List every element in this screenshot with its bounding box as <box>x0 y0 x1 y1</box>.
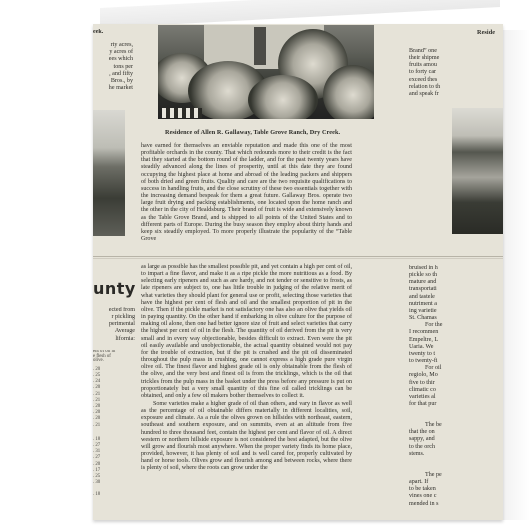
text-line: Average <box>93 328 135 335</box>
divider <box>93 256 503 257</box>
right-column-top: Brand” onetheir shipmefruits amouto fort… <box>409 48 503 98</box>
left-column-bottom-intro: ected fromr picklingperimentalAveragelif… <box>93 307 135 343</box>
text-line: ected from <box>93 307 135 314</box>
text-line: pickle so th <box>409 272 503 279</box>
text-line: apart. If <box>409 479 503 486</box>
right-caption-fragment: Reside <box>477 29 503 36</box>
text-line: St. Chamas <box>409 315 503 322</box>
shrub <box>248 75 318 119</box>
text-line: exceed thes <box>409 77 503 84</box>
text-line: ing varietie <box>409 308 503 315</box>
main-text-top: have earned for themselves an enviable r… <box>141 143 352 243</box>
section-heading: unty <box>93 279 136 298</box>
greeting-card: eek. rty acres,y acres ofees whichtons p… <box>93 24 503 520</box>
text-line: Empeltre, L <box>409 337 503 344</box>
text-line: nutriment a <box>409 301 503 308</box>
text-line: bruised in h <box>409 265 503 272</box>
picket-fence <box>162 108 202 118</box>
text-line: tons per <box>93 64 133 71</box>
text-line: five to thir <box>409 380 503 387</box>
text-line: mature and <box>409 279 503 286</box>
text-line: twenty to t <box>409 351 503 358</box>
text-line: for that pur <box>409 401 503 408</box>
text-line: sappy, and <box>409 436 503 443</box>
text-line: climatic co <box>409 387 503 394</box>
landscape-photo-right <box>452 108 503 234</box>
text-line: Bros., by <box>93 78 133 85</box>
left-top-lines: rty acres,y acres ofees whichtons per, a… <box>93 42 133 92</box>
text-line: lifornia: <box>93 336 135 343</box>
text-line: For oil <box>409 365 503 372</box>
table-value: . 21 <box>93 423 135 429</box>
text-line: mended in s <box>409 501 503 508</box>
text-line: vines one c <box>409 493 503 500</box>
residence-photo <box>158 25 374 119</box>
oil-percentage-table: ent of oil ine flesh ofolive.. 20. 25. 2… <box>93 350 135 499</box>
text-line: to be taken <box>409 486 503 493</box>
text-line: ees which <box>93 56 133 63</box>
text-line: to forty car <box>409 69 503 76</box>
text-line: , and fifty <box>93 71 133 78</box>
left-top-heading: eek. <box>93 29 133 36</box>
paragraph: Some varieties make a higher grade of oi… <box>141 401 352 473</box>
text-line: stems. <box>409 451 503 458</box>
text-line: and speak fr <box>409 91 503 98</box>
table-value: . 30 <box>93 480 135 486</box>
table-header: olive. <box>93 359 135 364</box>
text-line: perimental <box>93 321 135 328</box>
text-line: varieties al <box>409 394 503 401</box>
text-line: that the on <box>409 429 503 436</box>
right-column-bottom: bruised in hpickle so thmature andtransp… <box>409 265 503 508</box>
text-line: relation to th <box>409 84 503 91</box>
table-value: . 18 <box>93 492 135 498</box>
left-column-top: eek. rty acres,y acres ofees whichtons p… <box>93 29 133 92</box>
text-line: For the <box>409 322 503 329</box>
door <box>254 27 266 65</box>
text-line: The be <box>409 422 503 429</box>
text-line: regiolo, Mo <box>409 372 503 379</box>
text-line: r pickling <box>93 314 135 321</box>
landscape-photo-left <box>93 110 125 236</box>
text-line: Brand” one <box>409 48 503 55</box>
text-line: y acres of <box>93 49 133 56</box>
card-shadow <box>500 30 530 520</box>
text-line: and tastele <box>409 294 503 301</box>
photo-caption: Residence of Allen R. Gallaway, Table Gr… <box>165 129 340 136</box>
text-line: he market <box>93 85 133 92</box>
text-line: The pe <box>409 472 503 479</box>
main-text-bottom: as large as possible has the smallest po… <box>141 264 352 473</box>
text-line: Uaria. We <box>409 344 503 351</box>
text-line: I recommen <box>409 329 503 336</box>
divider <box>93 258 503 259</box>
shrub <box>323 65 374 119</box>
text-line: to the orch <box>409 444 503 451</box>
text-line: transportati <box>409 286 503 293</box>
text-line: to twenty-fi <box>409 358 503 365</box>
paragraph: as large as possible has the smallest po… <box>141 264 352 400</box>
